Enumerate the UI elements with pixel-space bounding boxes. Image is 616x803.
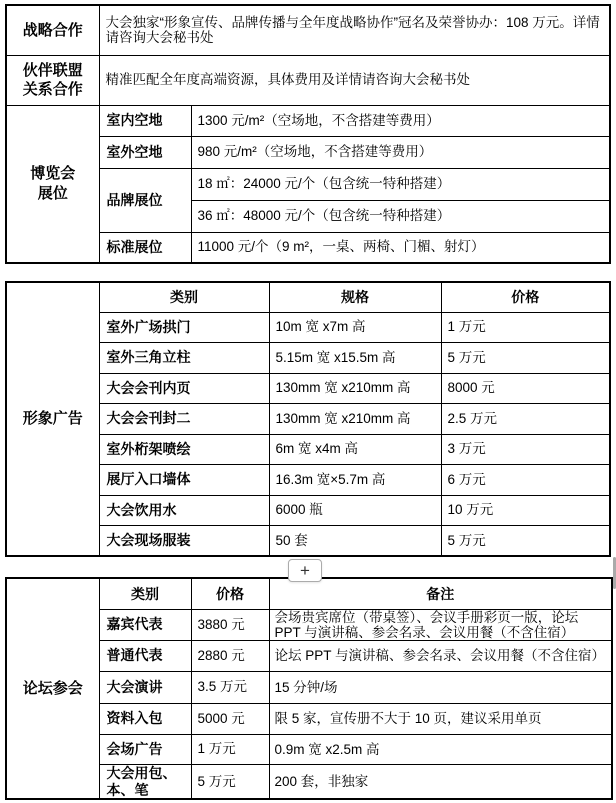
table-row: 战略合作 大会独家“形象宣传、品牌传播与全年度战略协作”冠名及荣誉协办：108 … [6, 5, 610, 55]
ad-category: 室外广场拱门 [99, 312, 269, 343]
header-category: 类别 [99, 578, 191, 609]
expo-brand-category: 品牌展位 [99, 168, 191, 232]
row-label-partner-alliance: 伙伴联盟 关系合作 [6, 55, 99, 105]
forum-price: 2880 元 [191, 640, 269, 671]
forum-price: 3.5 万元 [191, 671, 269, 703]
table-header-row: 形象广告 类别 规格 价格 [6, 282, 610, 312]
forum-note: 0.9m 宽 x2.5m 高 [269, 734, 612, 764]
row-label-forum-participation: 论坛参会 [6, 578, 99, 799]
forum-price: 3880 元 [191, 609, 269, 640]
ad-category: 展厅入口墙体 [99, 465, 269, 496]
ad-price: 3 万元 [441, 434, 610, 465]
expo-standard-price: 11000 元/个（9 m²，一桌、两椅、门楣、射灯） [191, 232, 610, 263]
table-row: 博览会 展位 室内空地 1300 元/m²（空场地，不含搭建等费用） [6, 105, 610, 136]
table-header-row: 论坛参会 类别 价格 备注 [6, 578, 612, 609]
expo-brand-price-36: 36 ㎡：48000 元/个（包含统一特种搭建） [191, 200, 610, 232]
row-label-expo-booth: 博览会 展位 [6, 105, 99, 263]
forum-note: 论坛 PPT 与演讲稿、参会名录、会议用餐（不含住宿） [269, 640, 612, 671]
table-row: 伙伴联盟 关系合作 精准匹配全年度高端资源，具体费用及详情请咨询大会秘书处 [6, 55, 610, 105]
row-label-strategic-cooperation: 战略合作 [6, 5, 99, 55]
ad-spec: 6m 宽 x4m 高 [269, 434, 441, 465]
ad-spec: 16.3m 宽×5.7m 高 [269, 465, 441, 496]
ad-spec: 6000 瓶 [269, 495, 441, 526]
ad-spec: 130mm 宽 x210mm 高 [269, 373, 441, 404]
header-price: 价格 [441, 282, 610, 312]
forum-price: 5000 元 [191, 703, 269, 734]
forum-category: 会场广告 [99, 734, 191, 764]
ad-price: 5 万元 [441, 343, 610, 374]
forum-note: 会场贵宾席位（带桌签）、会议手册彩页一版，论坛 PPT 与演讲稿、参会名录、会议… [269, 609, 612, 640]
ad-category: 大会饮用水 [99, 495, 269, 526]
partner-alliance-content: 精准匹配全年度高端资源，具体费用及详情请咨询大会秘书处 [99, 55, 610, 105]
ad-category: 大会现场服装 [99, 526, 269, 557]
expo-standard-category: 标准展位 [99, 232, 191, 263]
expo-indoor-price: 1300 元/m²（空场地，不含搭建等费用） [191, 105, 610, 136]
ad-price: 6 万元 [441, 465, 610, 496]
strategic-cooperation-content: 大会独家“形象宣传、品牌传播与全年度战略协作”冠名及荣誉协办：108 万元。详情… [99, 5, 610, 55]
expo-outdoor-category: 室外空地 [99, 136, 191, 168]
cooperation-pricing-table: 战略合作 大会独家“形象宣传、品牌传播与全年度战略协作”冠名及荣誉协办：108 … [5, 4, 611, 264]
header-category: 类别 [99, 282, 269, 312]
ad-category: 大会会刊封二 [99, 404, 269, 435]
ad-price: 8000 元 [441, 373, 610, 404]
ad-category: 室外桁架喷绘 [99, 434, 269, 465]
ad-category: 室外三角立柱 [99, 343, 269, 374]
header-price: 价格 [191, 578, 269, 609]
forum-note: 限 5 家，宣传册不大于 10 页，建议采用单页 [269, 703, 612, 734]
header-note: 备注 [269, 578, 612, 609]
forum-category: 大会演讲 [99, 671, 191, 703]
ad-spec: 50 套 [269, 526, 441, 557]
expo-indoor-category: 室内空地 [99, 105, 191, 136]
forum-participation-table: 论坛参会 类别 价格 备注 嘉宾代表 3880 元 会场贵宾席位（带桌签）、会议… [5, 577, 613, 800]
header-spec: 规格 [269, 282, 441, 312]
forum-category: 大会用包、 本、笔 [99, 764, 191, 799]
forum-price: 1 万元 [191, 734, 269, 764]
row-label-image-ads: 形象广告 [6, 282, 99, 556]
forum-category: 资料入包 [99, 703, 191, 734]
expo-brand-price-18: 18 ㎡：24000 元/个（包含统一特种搭建） [191, 168, 610, 200]
ad-price: 2.5 万元 [441, 404, 610, 435]
ad-spec: 130mm 宽 x210mm 高 [269, 404, 441, 435]
image-ads-pricing-table: 形象广告 类别 规格 价格 室外广场拱门 10m 宽 x7m 高 1 万元 室外… [5, 281, 611, 557]
forum-price: 5 万元 [191, 764, 269, 799]
forum-note: 200 套，非独家 [269, 764, 612, 799]
insert-table-button[interactable]: + [288, 559, 322, 582]
ad-spec: 5.15m 宽 x15.5m 高 [269, 343, 441, 374]
forum-category: 普通代表 [99, 640, 191, 671]
expo-outdoor-price: 980 元/m²（空场地，不含搭建等费用） [191, 136, 610, 168]
forum-note: 15 分钟/场 [269, 671, 612, 703]
forum-category: 嘉宾代表 [99, 609, 191, 640]
ad-price: 10 万元 [441, 495, 610, 526]
ad-category: 大会会刊内页 [99, 373, 269, 404]
ad-spec: 10m 宽 x7m 高 [269, 312, 441, 343]
ad-price: 1 万元 [441, 312, 610, 343]
ad-price: 5 万元 [441, 526, 610, 557]
